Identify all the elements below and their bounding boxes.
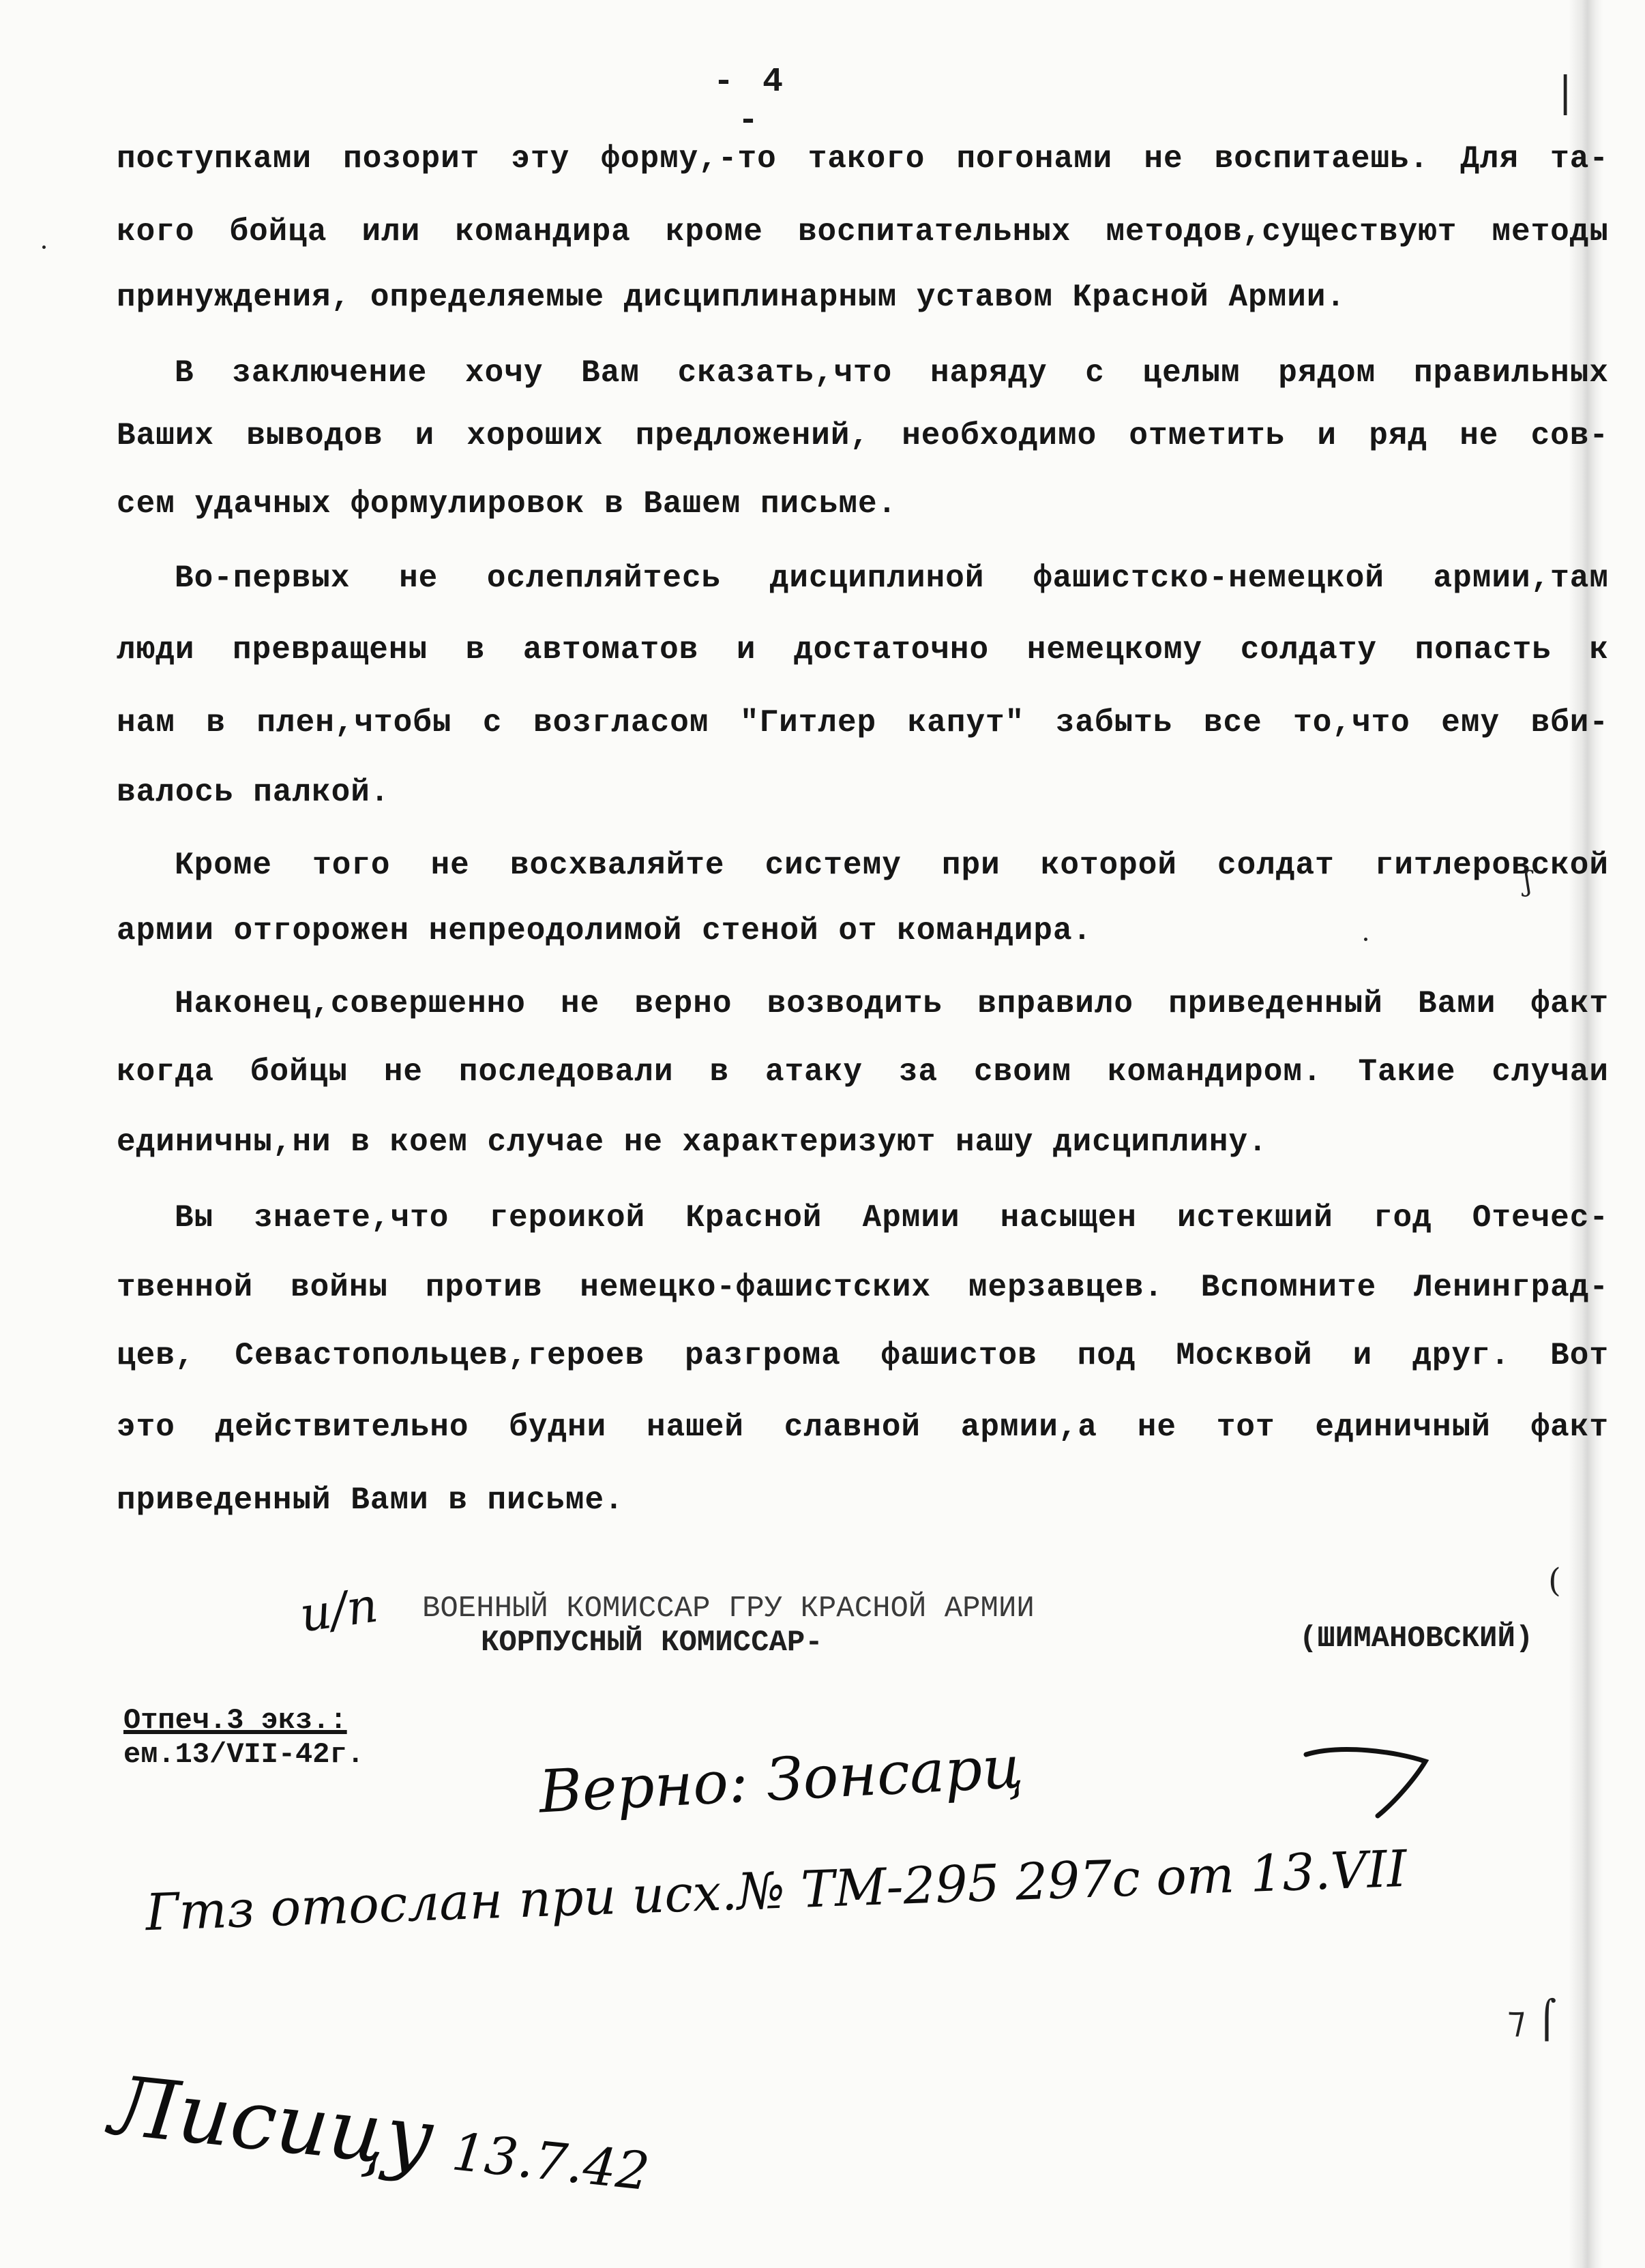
text-line: Вы знаете,что героикой Красной Армии нас…: [175, 1199, 1609, 1237]
handwritten-forwarding-note: Гтз отослан при исх.№ ТМ-295 297с от 13.…: [145, 1840, 1408, 1943]
paper-speck: [42, 245, 46, 249]
handwritten-resolution: Лисицу13.7.42: [106, 2059, 655, 2209]
handwritten-certification: Верно: Зонсарц: [537, 1733, 1025, 1826]
text-line: поступками позорит эту форму,-то такого …: [117, 140, 1609, 178]
resolution-date: 13.7.42: [449, 2121, 653, 2202]
text-line: когда бойцы не последовали в атаку за св…: [117, 1053, 1609, 1091]
copies-count: Отпеч.3 экз.:: [123, 1703, 364, 1737]
text-line: нам в плен,чтобы с возгласом "Гитлер кап…: [117, 704, 1609, 742]
margin-mark: |: [1558, 68, 1572, 116]
text-line: Кроме того не восхваляйте систему при ко…: [175, 846, 1609, 884]
text-line: люди превращены в автоматов и достаточно…: [117, 631, 1609, 669]
text-line: Наконец,совершенно не верно возводить вп…: [175, 985, 1609, 1023]
text-line: Во-первых не ослепляйтесь дисциплиной фа…: [175, 559, 1609, 597]
resolution-text: Лисицу: [106, 2059, 438, 2187]
text-line: единичны,ни в коем случае не характеризу…: [117, 1123, 1609, 1161]
text-line: приведенный Вами в письме.: [117, 1481, 1609, 1519]
signatory-name: (ШИМАНОВСКИЙ): [1299, 1622, 1533, 1656]
signature-title-line-1: ВОЕННЫЙ КОМИССАР ГРУ КРАСНОЙ АРМИИ: [422, 1592, 1035, 1626]
text-line: сем удачных формулировок в Вашем письме.: [117, 485, 1609, 523]
text-line: принуждения, определяемые дисциплинарным…: [117, 278, 1609, 316]
signature-title-line-2: КОРПУСНЫЙ КОМИССАР-: [481, 1626, 823, 1660]
text-line: Ваших выводов и хороших предложений, нео…: [117, 417, 1609, 455]
text-line: твенной войны против немецко-фашистских …: [117, 1268, 1609, 1307]
copies-note: Отпеч.3 экз.: ем.13/VII-42г.: [123, 1703, 364, 1772]
text-line: армии отгорожен непреодолимой стеной от …: [117, 912, 1609, 950]
text-line: кого бойца или командира кроме воспитате…: [117, 213, 1609, 251]
text-line: это действительно будни нашей славной ар…: [117, 1408, 1609, 1446]
margin-mark: ⁊ ⌠: [1507, 1998, 1556, 2041]
handwritten-arrow-icon: [1299, 1737, 1436, 1819]
paper-speck: [1364, 938, 1367, 941]
text-line: цев, Севастопольцев,героев разгрома фаши…: [117, 1337, 1609, 1375]
page-number: - 4 -: [702, 63, 798, 140]
text-line: валось палкой.: [117, 773, 1609, 811]
text-line: В заключение хочу Вам сказать,что наряду…: [175, 354, 1609, 392]
margin-mark: (: [1548, 1562, 1561, 1600]
copies-date: ем.13/VII-42г.: [123, 1737, 364, 1772]
signature-mark: и/п: [297, 1577, 381, 1643]
margin-mark: ʃ: [1524, 866, 1532, 897]
